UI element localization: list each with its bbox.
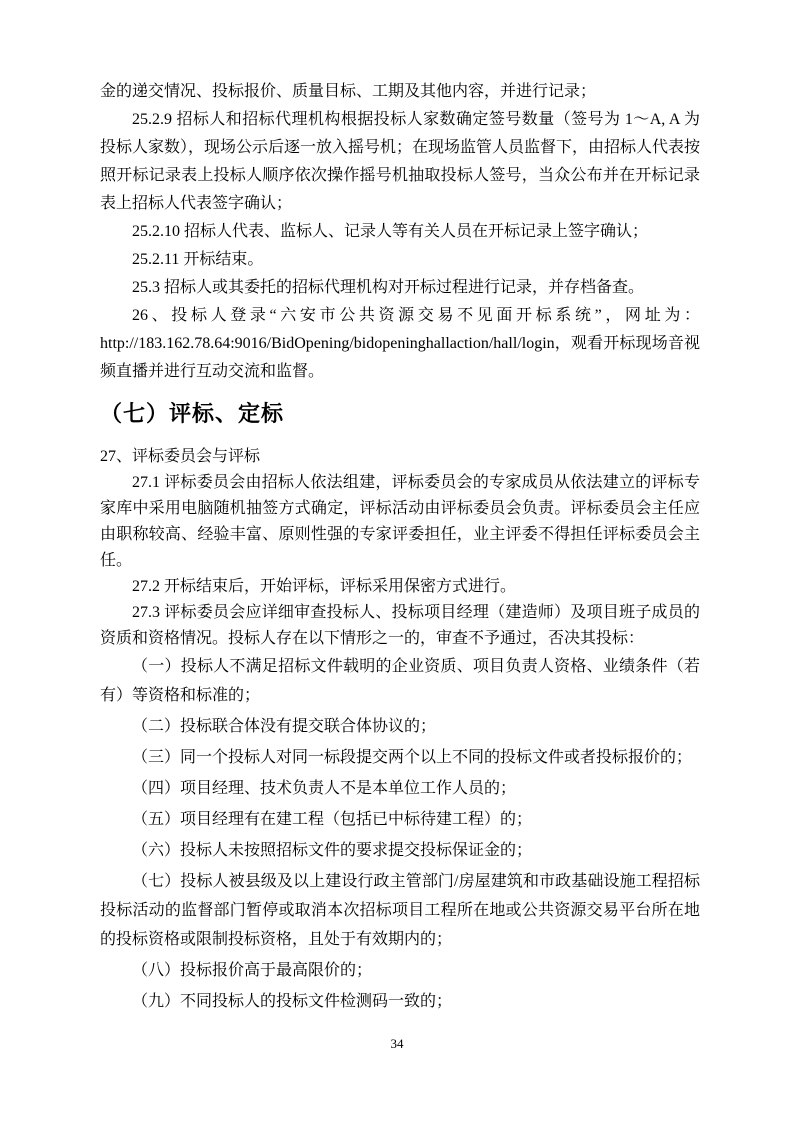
paragraph-25-2-11: 25.2.11 开标结束。 <box>100 246 700 274</box>
list-item-3: （三）同一个投标人对同一标段提交两个以上不同的投标文件或者投标报价的； <box>100 743 700 772</box>
page-number: 34 <box>0 1036 794 1052</box>
list-item-1: （一）投标人不满足招标文件载明的企业资质、项目负责人资格、业绩条件（若有）等资格… <box>100 652 700 710</box>
section-heading: （七）评标、定标 <box>100 398 700 430</box>
document-page: 金的递交情况、投标报价、质量目标、工期及其他内容，并进行记录； 25.2.9 招… <box>0 0 794 1122</box>
paragraph-25-2-10: 25.2.10 招标人代表、监标人、记录人等有关人员在开标记录上签字确认； <box>100 218 700 246</box>
paragraph-27-3: 27.3 评标委员会应详细审查投标人、投标项目经理（建造师）及项目班子成员的资质… <box>100 600 700 652</box>
list-item-2: （二）投标联合体没有提交联合体协议的； <box>100 712 700 741</box>
paragraph-26-login-url: 26、投标人登录“六安市公共资源交易不见面开标系统”，网址为：http://18… <box>100 302 700 386</box>
paragraph-continuation: 金的递交情况、投标报价、质量目标、工期及其他内容，并进行记录； <box>100 78 700 106</box>
paragraph-25-3: 25.3 招标人或其委托的招标代理机构对开标过程进行记录，并存档备查。 <box>100 274 700 302</box>
paragraph-25-2-9: 25.2.9 招标人和招标代理机构根据投标人家数确定签号数量（签号为 1～A, … <box>100 106 700 218</box>
list-item-6: （六）投标人未按照招标文件的要求提交投标保证金的； <box>100 836 700 865</box>
list-item-4: （四）项目经理、技术负责人不是本单位工作人员的； <box>100 774 700 803</box>
list-item-9: （九）不同投标人的投标文件检测码一致的； <box>100 987 700 1016</box>
paragraph-27-2: 27.2 开标结束后，开始评标，评标采用保密方式进行。 <box>100 574 700 600</box>
list-item-7: （七）投标人被县级及以上建设行政主管部门/房屋建筑和市政基础设施工程招标投标活动… <box>100 867 700 954</box>
paragraph-27-1: 27.1 评标委员会由招标人依法组建，评标委员会的专家成员从依法建立的评标专家库… <box>100 470 700 574</box>
paragraph-27-title: 27、评标委员会与评标 <box>100 444 700 470</box>
list-item-8: （八）投标报价高于最高限价的； <box>100 956 700 985</box>
list-item-5: （五）项目经理有在建工程（包括已中标待建工程）的； <box>100 805 700 834</box>
page-content: 金的递交情况、投标报价、质量目标、工期及其他内容，并进行记录； 25.2.9 招… <box>100 78 700 1018</box>
